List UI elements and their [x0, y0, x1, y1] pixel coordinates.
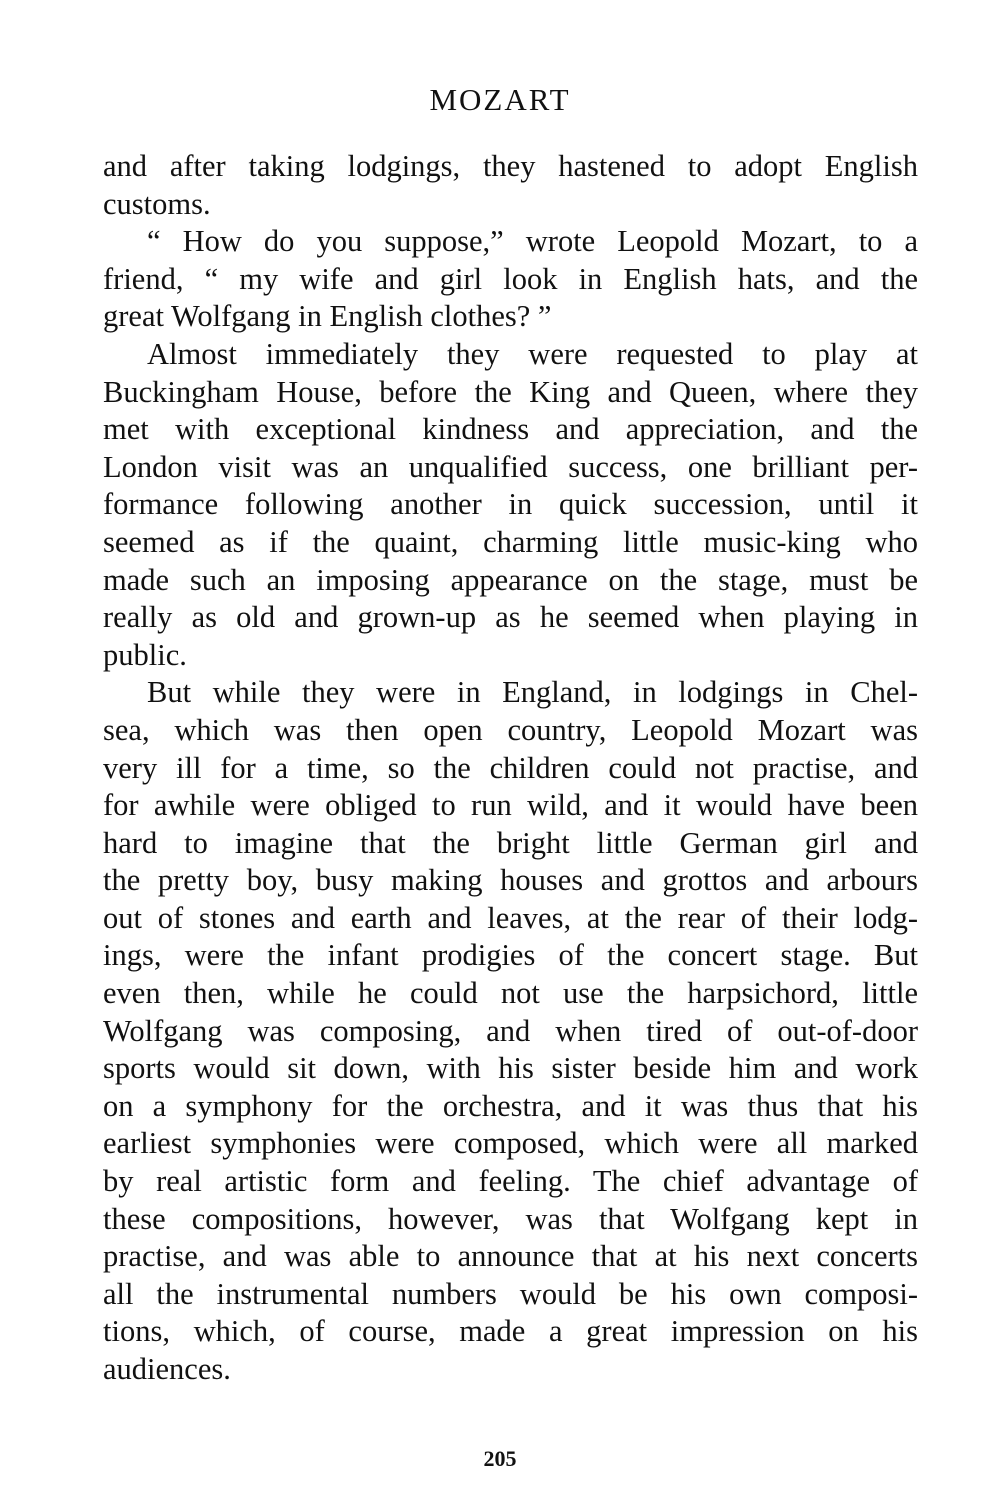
- text-line: London visit was an unqualified success,…: [103, 449, 918, 487]
- text-line: practise, and was able to announce that …: [103, 1238, 918, 1276]
- text-line: customs.: [103, 186, 918, 224]
- text-line: friend, “ my wife and girl look in Engli…: [103, 261, 918, 299]
- text-line: made such an imposing appearance on the …: [103, 562, 918, 600]
- text-line: great Wolfgang in English clothes? ”: [103, 298, 918, 336]
- text-line: tions, which, of course, made a great im…: [103, 1313, 918, 1351]
- text-line: Almost immediately they were requested t…: [103, 336, 918, 374]
- text-line: public.: [103, 637, 918, 675]
- paragraph: “ How do you suppose,” wrote Leopold Moz…: [103, 223, 918, 336]
- text-line: all the instrumental numbers would be hi…: [103, 1276, 918, 1314]
- text-line: by real artistic form and feeling. The c…: [103, 1163, 918, 1201]
- page-number: 205: [0, 1444, 1000, 1474]
- text-line: for awhile were obliged to run wild, and…: [103, 787, 918, 825]
- text-line: hard to imagine that the bright little G…: [103, 825, 918, 863]
- text-line: met with exceptional kindness and apprec…: [103, 411, 918, 449]
- text-line: seemed as if the quaint, charming little…: [103, 524, 918, 562]
- text-line: earliest symphonies were composed, which…: [103, 1125, 918, 1163]
- text-line: sea, which was then open country, Leopol…: [103, 712, 918, 750]
- text-line: But while they were in England, in lodgi…: [103, 674, 918, 712]
- paragraph: and after taking lodgings, they hastened…: [103, 148, 918, 223]
- text-line: ings, were the infant prodigies of the c…: [103, 937, 918, 975]
- text-line: on a symphony for the orchestra, and it …: [103, 1088, 918, 1126]
- text-line: these compositions, however, was that Wo…: [103, 1201, 918, 1239]
- text-line: really as old and grown-up as he seemed …: [103, 599, 918, 637]
- running-head: MOZART: [0, 80, 1000, 120]
- paragraph: But while they were in England, in lodgi…: [103, 674, 918, 1388]
- text-line: Wolfgang was composing, and when tired o…: [103, 1013, 918, 1051]
- text-line: out of stones and earth and leaves, at t…: [103, 900, 918, 938]
- body-text: and after taking lodgings, they hastened…: [103, 148, 918, 1389]
- text-line: very ill for a time, so the children cou…: [103, 750, 918, 788]
- paragraph: Almost immediately they were requested t…: [103, 336, 918, 674]
- text-line: “ How do you suppose,” wrote Leopold Moz…: [103, 223, 918, 261]
- text-line: Buckingham House, before the King and Qu…: [103, 374, 918, 412]
- text-line: and after taking lodgings, they hastened…: [103, 148, 918, 186]
- text-line: audiences.: [103, 1351, 918, 1389]
- book-page: MOZART and after taking lodgings, they h…: [0, 0, 1000, 1512]
- text-line: even then, while he could not use the ha…: [103, 975, 918, 1013]
- text-line: sports would sit down, with his sister b…: [103, 1050, 918, 1088]
- text-line: the pretty boy, busy making houses and g…: [103, 862, 918, 900]
- text-line: formance following another in quick succ…: [103, 486, 918, 524]
